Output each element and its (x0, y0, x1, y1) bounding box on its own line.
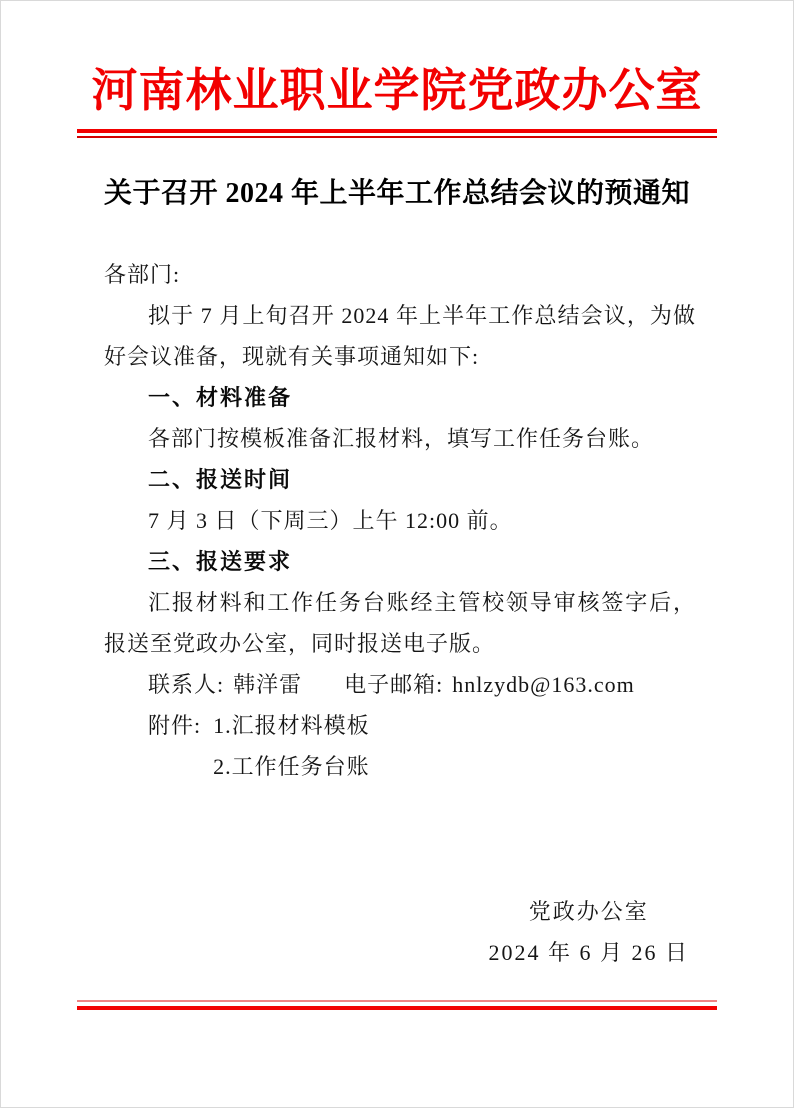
footer-separator (77, 1000, 717, 1010)
red-rule-thin-top (77, 136, 717, 138)
attachment-item-2: 2.工作任务台账 (213, 746, 370, 787)
signature-date: 2024 年 6 月 26 日 (488, 932, 689, 973)
section-2-heading: 二、报送时间 (104, 459, 696, 500)
attachments-label: 附件: (148, 705, 201, 787)
letterhead-separator (77, 129, 717, 138)
signature-org: 党政办公室 (488, 891, 689, 932)
contact-name: 韩洋雷 (233, 672, 302, 697)
section-3-body: 汇报材料和工作任务台账经主管校领导审核签字后，报送至党政办公室，同时报送电子版。 (104, 582, 696, 664)
document-body: 各部门: 拟于 7 月上旬召开 2024 年上半年工作总结会议，为做好会议准备，… (104, 254, 696, 787)
document-title: 关于召开 2024 年上半年工作总结会议的预通知 (1, 176, 793, 212)
intro-paragraph: 拟于 7 月上旬召开 2024 年上半年工作总结会议，为做好会议准备，现就有关事… (104, 295, 696, 377)
attachments-block: 附件: 1.汇报材料模板 2.工作任务台账 (104, 705, 696, 787)
document-page: 河南林业职业学院党政办公室 关于召开 2024 年上半年工作总结会议的预通知 各… (0, 0, 794, 1108)
section-2-body: 7 月 3 日（下周三）上午 12:00 前。 (104, 500, 696, 541)
contact-label: 联系人: (148, 672, 224, 697)
red-rule-thick-bottom (77, 1006, 717, 1010)
signature-block: 党政办公室 2024 年 6 月 26 日 (488, 891, 689, 973)
attachments-list: 1.汇报材料模板 2.工作任务台账 (213, 705, 370, 787)
contact-email-label: 电子邮箱: (344, 672, 443, 697)
attachment-item-1: 1.汇报材料模板 (213, 705, 370, 746)
section-1-body: 各部门按模板准备汇报材料，填写工作任务台账。 (104, 418, 696, 459)
letterhead-org-name: 河南林业职业学院党政办公室 (1, 63, 793, 119)
contact-line: 联系人:韩洋雷电子邮箱:hnlzydb@163.com (104, 664, 696, 705)
section-3-heading: 三、报送要求 (104, 541, 696, 582)
salutation: 各部门: (104, 254, 696, 295)
section-1-heading: 一、材料准备 (104, 377, 696, 418)
contact-email: hnlzydb@163.com (452, 672, 635, 697)
